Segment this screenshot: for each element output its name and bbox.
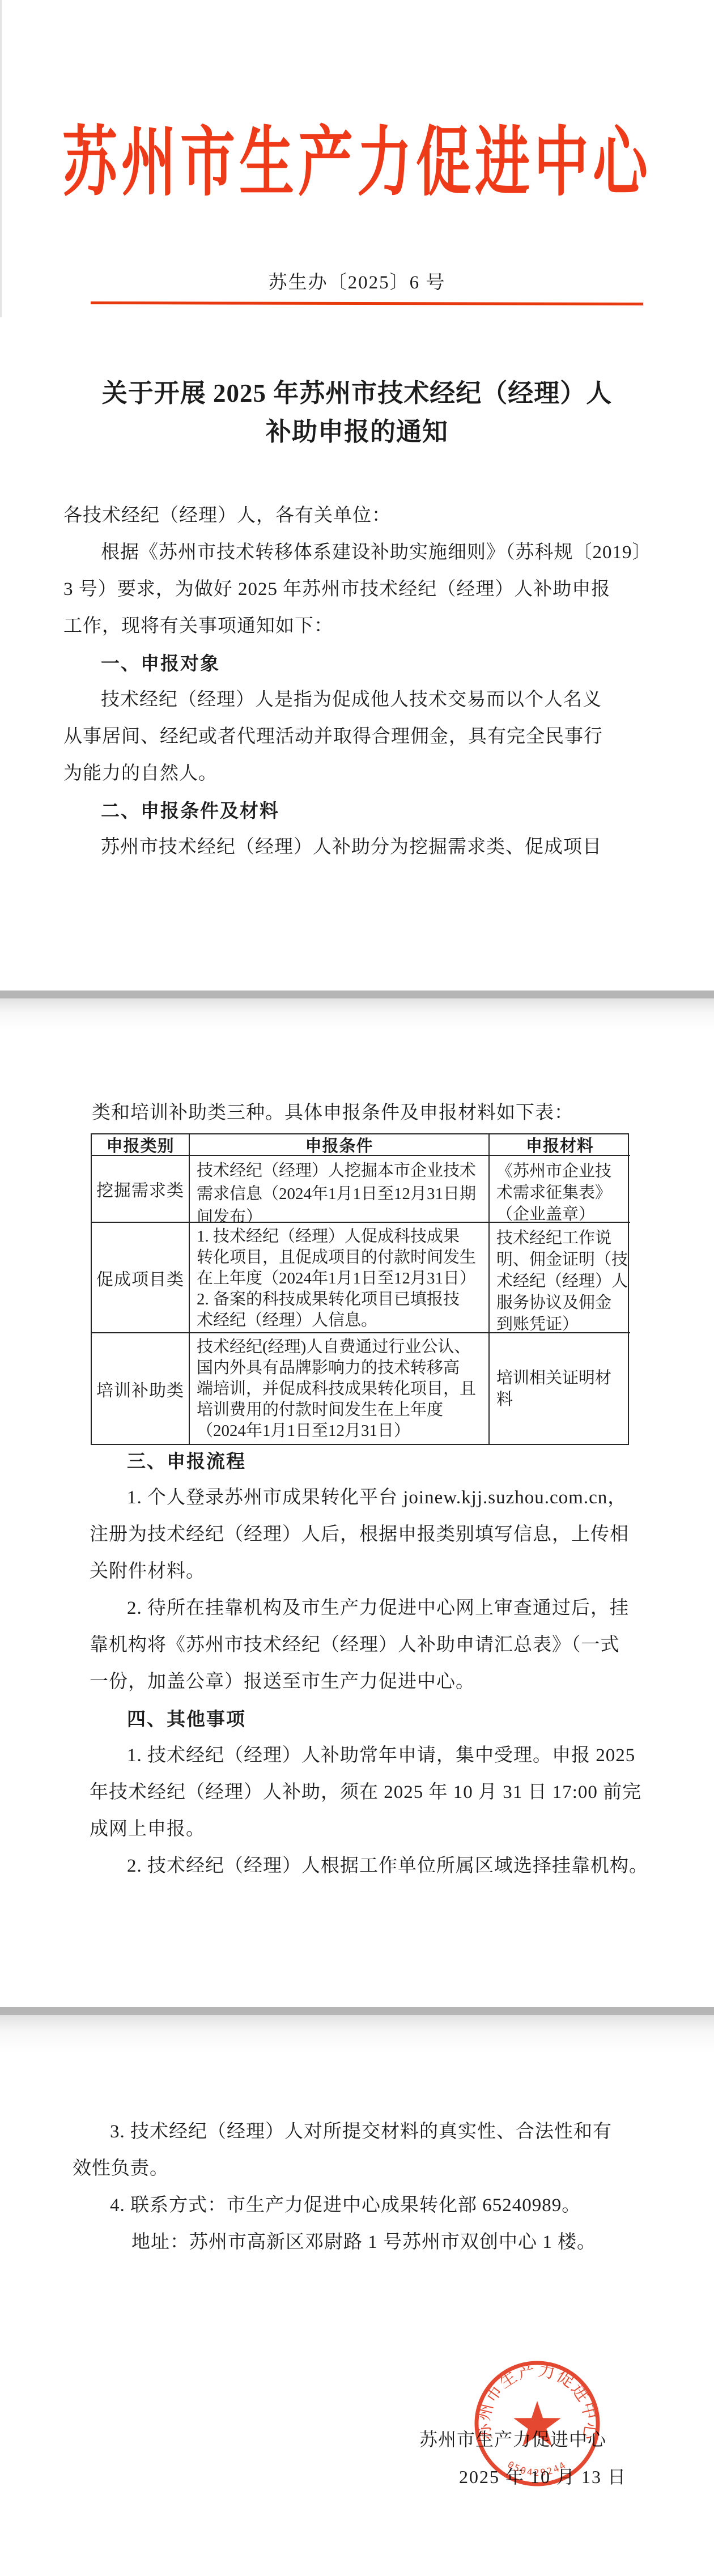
- table-cell-line: 需求信息（2024年1月1日至12月31日期: [197, 1183, 484, 1206]
- body-line: 注册为技术经纪（经理）人后，根据申报类别填写信息，上传相: [90, 1516, 702, 1553]
- section-heading: 一、申报对象: [63, 645, 675, 682]
- table-cell-line: 到账凭证）: [496, 1313, 627, 1333]
- page3-body: 3. 技术经纪（经理）人对所提交材料的真实性、合法性和有 效性负责。 4. 联系…: [73, 2114, 685, 2261]
- table-cell-materials: 《苏州市企业技 术需求征集表》 （企业盖章）: [490, 1156, 630, 1223]
- body-line: 关附件材料。: [90, 1553, 702, 1590]
- body-line: 从事居间、经纪或者代理活动并取得合理佣金，具有完全民事行: [63, 719, 675, 755]
- table-cell-materials: 技术经纪工作说 明、佣金证明（技 术经纪（经理）人 服务协议及佣金 到账凭证）: [490, 1223, 630, 1333]
- seal-star-icon: [513, 2401, 561, 2446]
- document-title-line1: 关于开展 2025 年苏州市技术经纪（经理）人: [0, 374, 714, 413]
- body-line: 成网上申报。: [90, 1811, 702, 1848]
- table-cell-line: （2024年1月1日至12月31日）: [197, 1421, 484, 1442]
- table-cell-line: 料: [496, 1389, 627, 1410]
- table-cell-category: 培训补助类: [92, 1333, 190, 1444]
- body-line: 3. 技术经纪（经理）人对所提交材料的真实性、合法性和有: [73, 2114, 685, 2150]
- table-cell-line: 技术经纪(经理)人自费通过行业公认、: [197, 1337, 484, 1358]
- table-cell-condition: 技术经纪(经理)人自费通过行业公认、 国内外具有品牌影响力的技术转移高 端培训，…: [190, 1333, 490, 1444]
- table-cell-line: 1. 技术经纪（经理）人促成科技成果: [197, 1226, 484, 1247]
- body-line: 2. 技术经纪（经理）人根据工作单位所属区域选择挂靠机构。: [90, 1848, 702, 1885]
- body-line: 1. 技术经纪（经理）人补助常年申请，集中受理。申报 2025: [90, 1737, 702, 1774]
- table-cell-category: 挖掘需求类: [92, 1156, 190, 1223]
- table-cell-line: 培训相关证明材: [496, 1367, 627, 1389]
- table-cell-line: 术经纪（经理）人: [496, 1270, 627, 1292]
- body-line: 类和培训补助类三种。具体申报条件及申报材料如下表：: [92, 1095, 573, 1132]
- body-line: 地址：苏州市高新区邓尉路 1 号苏州市双创中心 1 楼。: [73, 2224, 685, 2261]
- application-conditions-table: 申报类别 申报条件 申报材料 挖掘需求类 技术经纪（经理）人挖掘本市企业技术 需…: [91, 1133, 629, 1445]
- page2-body: 三、申报流程 1. 个人登录苏州市成果转化平台 joinew.kjj.suzho…: [90, 1443, 702, 1885]
- body-line: 效性负责。: [73, 2150, 685, 2187]
- table-cell-line: 《苏州市企业技: [496, 1161, 627, 1182]
- page-separator: [0, 991, 714, 998]
- section-heading: 二、申报条件及材料: [63, 792, 675, 829]
- document-title-line2: 补助申报的通知: [0, 413, 714, 451]
- table-cell-line: 服务协议及佣金: [496, 1292, 627, 1313]
- table-cell-line: 术经纪（经理）人信息。: [197, 1310, 484, 1331]
- table-header-category: 申报类别: [92, 1134, 190, 1156]
- document-number: 苏生办〔2025〕6 号: [0, 267, 714, 294]
- body-line: 4. 联系方式：市生产力促进中心成果转化部 65240989。: [73, 2187, 685, 2224]
- body-line: 根据《苏州市技术转移体系建设补助实施细则》（苏科规〔2019〕: [63, 534, 675, 571]
- official-seal-stamp-icon: 苏州市生产力促进中心 3205042924485: [469, 2356, 605, 2492]
- table-header-condition: 申报条件: [190, 1134, 490, 1156]
- letterhead: 苏州市生产力促进中心: [0, 101, 714, 180]
- body-line: 靠机构将《苏州市技术经纪（经理）人补助申请汇总表》（一式: [90, 1627, 702, 1664]
- body-line: 苏州市技术经纪（经理）人补助分为挖掘需求类、促成项目: [63, 829, 675, 866]
- body-line: 各技术经纪（经理）人，各有关单位：: [63, 498, 675, 534]
- body-line: 年技术经纪（经理）人补助，须在 2025 年 10 月 31 日 17:00 前…: [90, 1774, 702, 1811]
- body-line: 1. 个人登录苏州市成果转化平台 joinew.kjj.suzhou.com.c…: [90, 1480, 702, 1516]
- table-cell-line: 技术经纪工作说: [496, 1227, 627, 1249]
- table-cell-condition: 1. 技术经纪（经理）人促成科技成果 转化项目，且促成项目的付款时间发生 在上年…: [190, 1223, 490, 1333]
- table-cell-line: （企业盖章）: [496, 1204, 627, 1223]
- table-cell-line: 在上年度（2024年1月1日至12月31日）: [197, 1268, 484, 1289]
- page2-intro: 类和培训补助类三种。具体申报条件及申报材料如下表：: [92, 1095, 573, 1132]
- letterhead-red-rule: [91, 301, 643, 305]
- table-cell-line: 国内外具有品牌影响力的技术转移高: [197, 1358, 484, 1379]
- body-line: 技术经纪（经理）人是指为促成他人技术交易而以个人名义: [63, 682, 675, 719]
- table-header-materials: 申报材料: [490, 1134, 630, 1156]
- document-title: 关于开展 2025 年苏州市技术经纪（经理）人 补助申报的通知: [0, 374, 714, 451]
- table-cell-line: 明、佣金证明（技: [496, 1249, 627, 1270]
- table-cell-line: 间发布）: [197, 1206, 484, 1223]
- scan-shadow: [0, 2015, 714, 2052]
- body-line: 3 号）要求，为做好 2025 年苏州市技术经纪（经理）人补助申报: [63, 571, 675, 608]
- scan-shadow: [0, 998, 714, 1030]
- page1-body: 各技术经纪（经理）人，各有关单位： 根据《苏州市技术转移体系建设补助实施细则》（…: [63, 498, 675, 866]
- scanned-notice-document: { "colors": { "letterhead_red": "#ee3a18…: [0, 0, 714, 2576]
- table-cell-category: 促成项目类: [92, 1223, 190, 1333]
- body-line: 工作，现将有关事项通知如下：: [63, 608, 675, 645]
- table-cell-materials: 培训相关证明材 料: [490, 1333, 630, 1444]
- section-heading: 三、申报流程: [90, 1443, 702, 1480]
- table-cell-condition: 技术经纪（经理）人挖掘本市企业技术 需求信息（2024年1月1日至12月31日期…: [190, 1156, 490, 1223]
- page-separator: [0, 2007, 714, 2015]
- table-cell-line: 端培训，并促成科技成果转化项目，且: [197, 1379, 484, 1400]
- body-line: 为能力的自然人。: [63, 755, 675, 792]
- table-cell-line: 转化项目，且促成项目的付款时间发生: [197, 1247, 484, 1268]
- table-cell-line: 培训费用的付款时间发生在上年度: [197, 1400, 484, 1421]
- body-line: 2. 待所在挂靠机构及市生产力促进中心网上审查通过后，挂: [90, 1590, 702, 1627]
- body-line: 一份，加盖公章）报送至市生产力促进中心。: [90, 1664, 702, 1701]
- table-cell-line: 技术经纪（经理）人挖掘本市企业技术: [197, 1159, 484, 1183]
- letterhead-org-title: 苏州市生产力促进中心: [62, 101, 652, 210]
- section-heading: 四、其他事项: [90, 1701, 702, 1737]
- table-cell-line: 2. 备案的科技成果转化项目已填报技: [197, 1289, 484, 1310]
- table-cell-line: 术需求征集表》: [496, 1182, 627, 1204]
